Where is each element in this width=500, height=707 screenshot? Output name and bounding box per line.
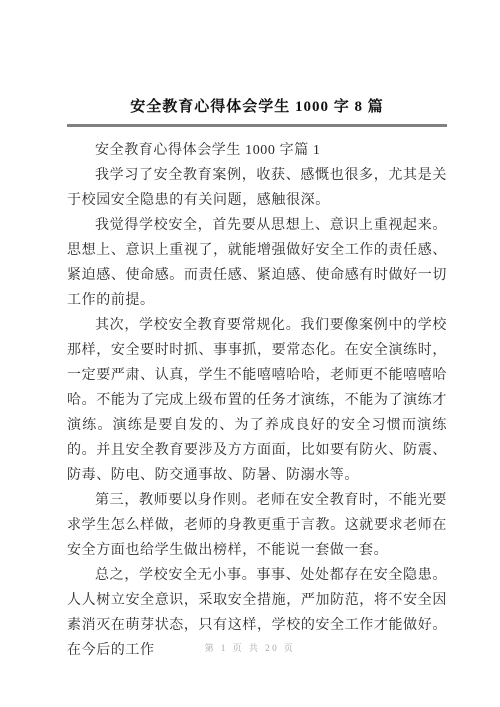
page-number-footer: 第 1 页 共 20 页 <box>0 641 500 654</box>
title-divider <box>67 124 447 127</box>
body-paragraph: 其次，学校安全教育要常规化。我们要像案例中的学校那样，安全要时时抓、事事抓，要常… <box>67 313 447 488</box>
document-page: 安全教育心得体会学生 1000 字 8 篇 安全教育心得体会学生 1000 字篇… <box>0 0 500 707</box>
body-paragraph: 第三，教师要以身作则。老师在安全教育时，不能光要求学生怎么样做，老师的身教更重于… <box>67 488 447 563</box>
document-body: 安全教育心得体会学生 1000 字篇 1 我学习了安全教育案例，收获、感慨也很多… <box>67 138 447 663</box>
body-paragraph: 我觉得学校安全，首先要从思想上、意识上重视起来。思想上、意识上重视了，就能增强做… <box>67 213 447 313</box>
document-title: 安全教育心得体会学生 1000 字 8 篇 <box>67 98 447 117</box>
section-heading: 安全教育心得体会学生 1000 字篇 1 <box>67 138 447 163</box>
body-paragraph: 我学习了安全教育案例，收获、感慨也很多，尤其是关于校园安全隐患的有关问题，感触很… <box>67 163 447 213</box>
